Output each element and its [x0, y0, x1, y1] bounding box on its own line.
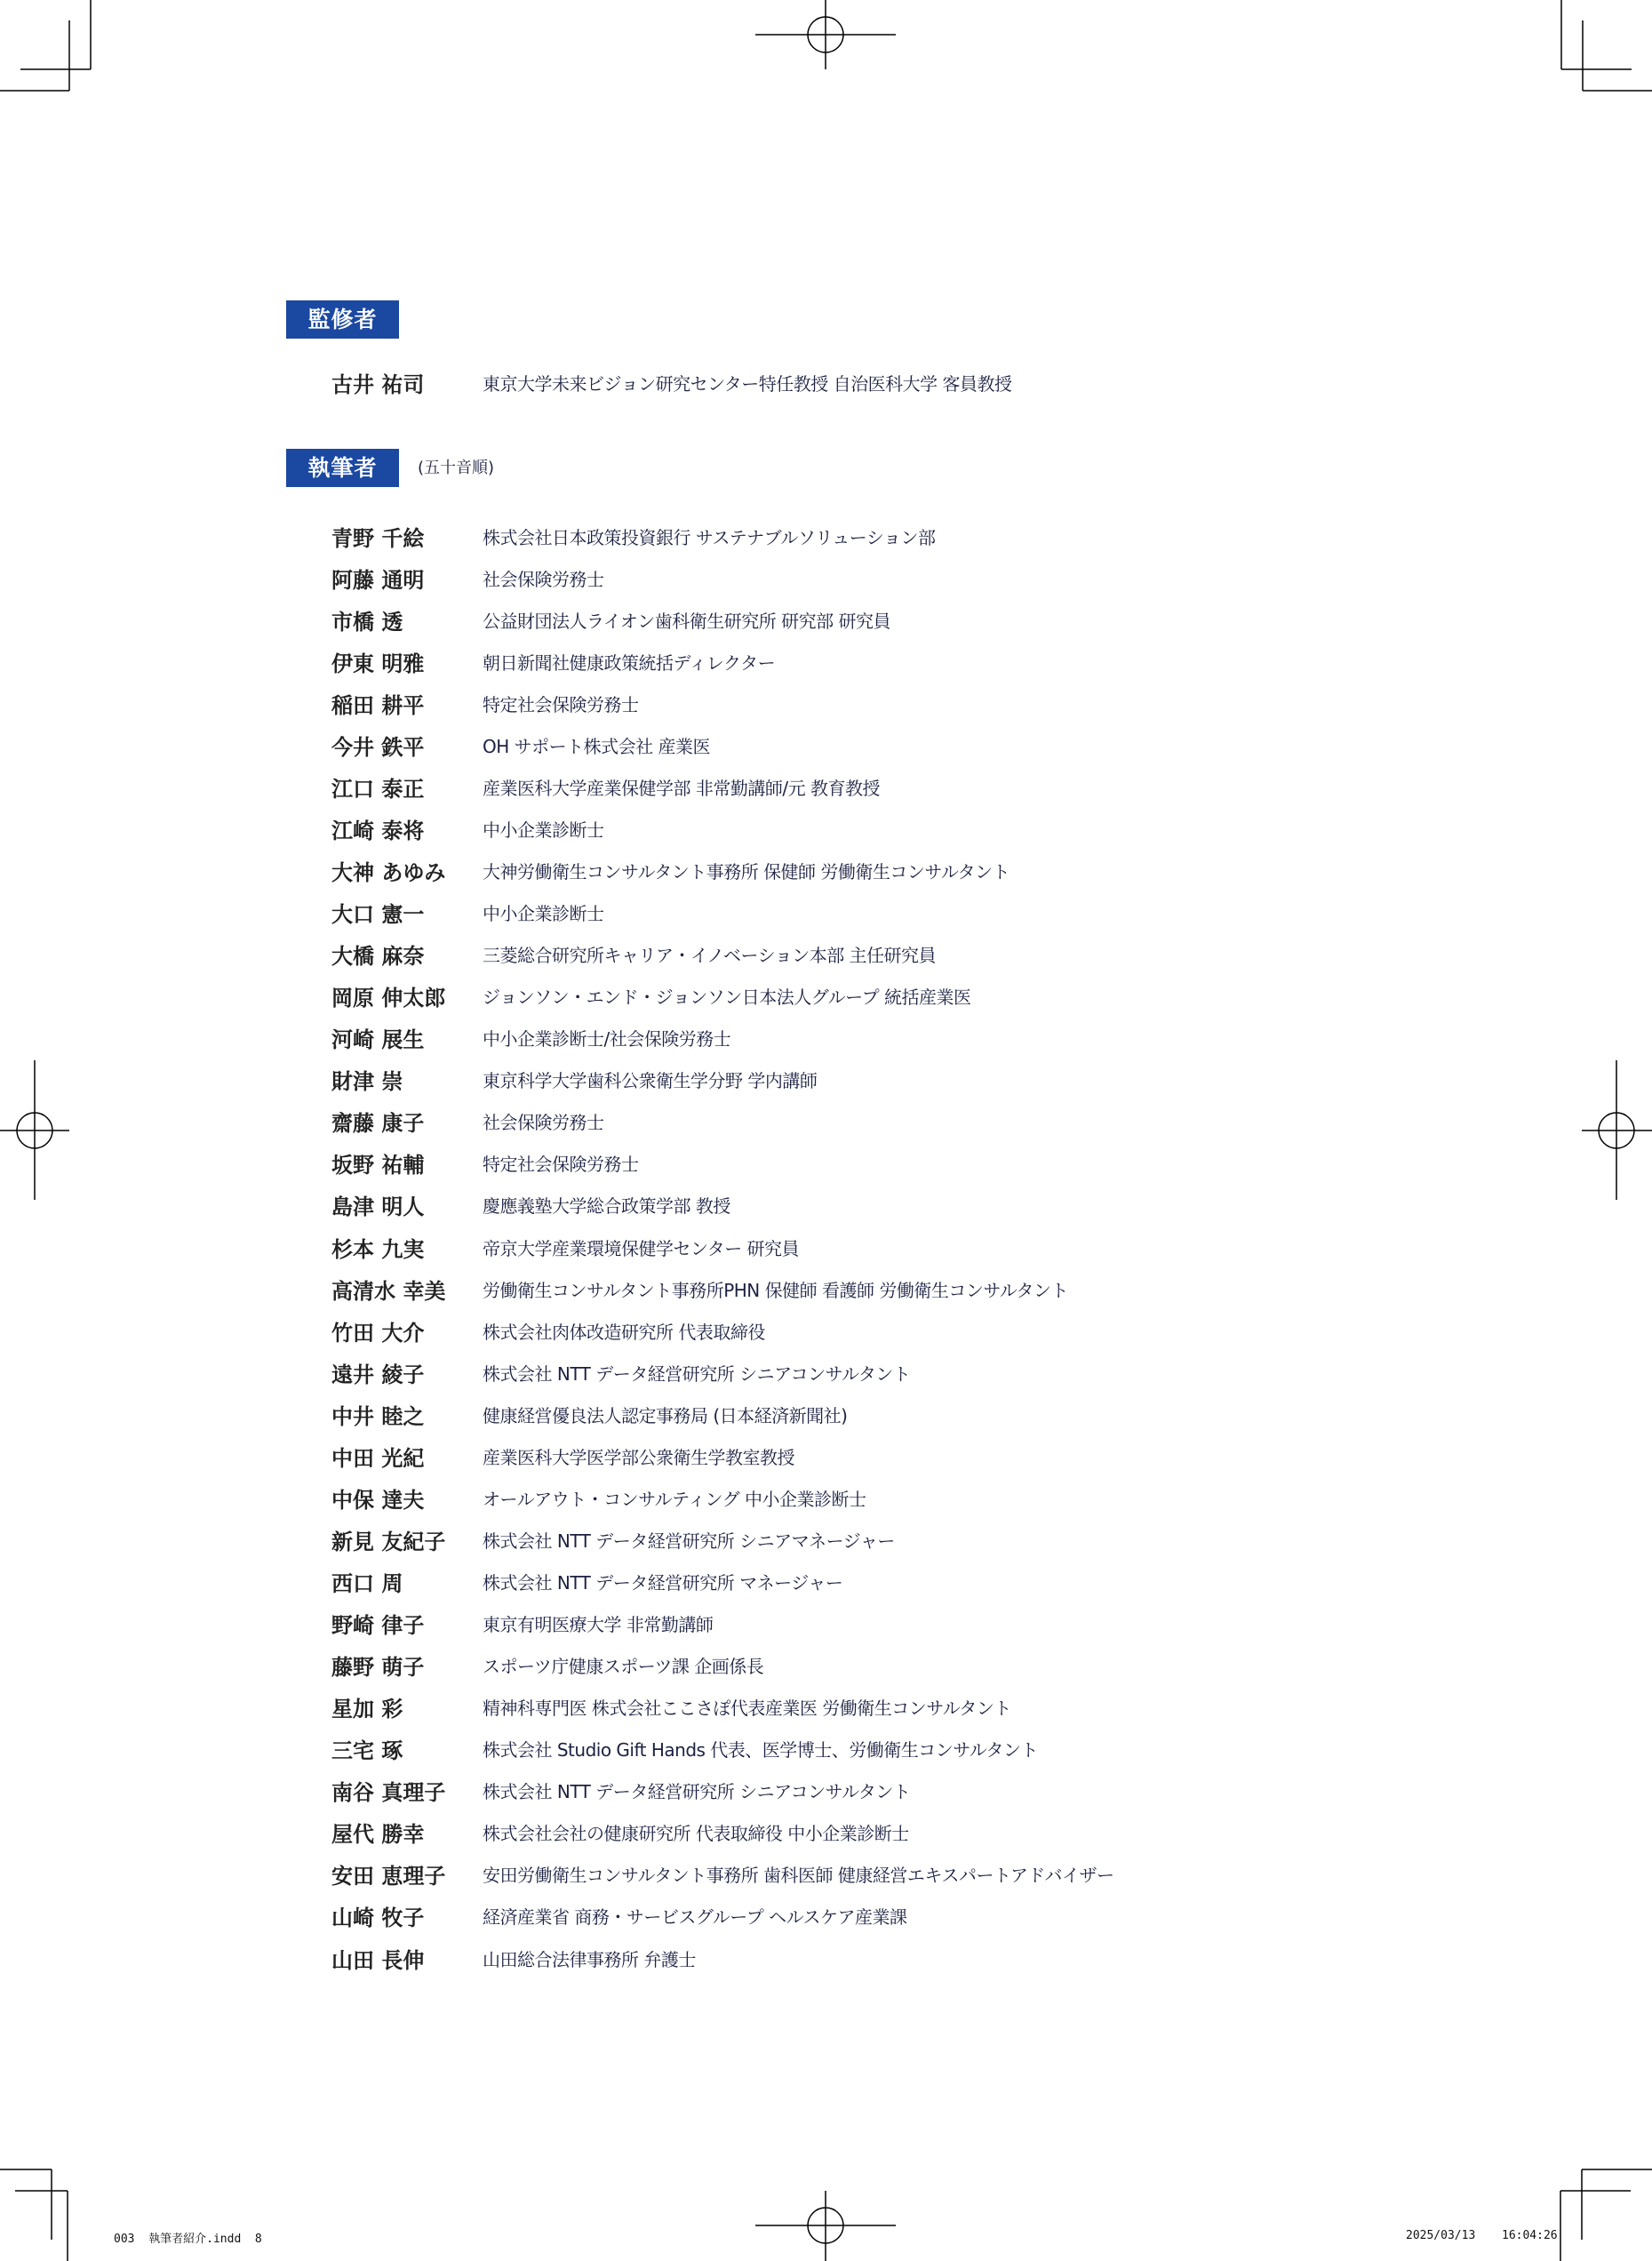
author-entry: 中井 睦之健康経営優良法人認定事務局 (日本経済新聞社) [331, 1396, 847, 1432]
author-name: 野崎 律子 [331, 1608, 483, 1639]
author-affiliation: 三菱総合研究所キャリア・イノベーション本部 主任研究員 [483, 941, 936, 967]
author-entry: 今井 鉄平OH サポート株式会社 産業医 [331, 727, 710, 763]
author-name: 高清水 幸美 [331, 1274, 483, 1305]
author-name: 安田 恵理子 [331, 1858, 483, 1889]
author-entry: 中保 達夫オールアウト・コンサルティング 中小企業診断士 [331, 1480, 866, 1515]
author-name: 阿藤 通明 [331, 563, 483, 594]
author-name: 市橋 透 [331, 604, 483, 635]
author-affiliation: 株式会社 Studio Gift Hands 代表、医学博士、労働衛生コンサルタ… [483, 1736, 1038, 1762]
author-entry: 財津 崇東京科学大学歯科公衆衛生学分野 学内講師 [331, 1062, 817, 1098]
author-name: 岡原 伸太郎 [331, 980, 483, 1011]
author-name: 藤野 萌子 [331, 1650, 483, 1681]
author-entry: 大橋 麻奈三菱総合研究所キャリア・イノベーション本部 主任研究員 [331, 937, 936, 972]
author-name: 江崎 泰将 [331, 813, 483, 844]
author-name: 西口 周 [331, 1566, 483, 1597]
author-entry: 安田 恵理子安田労働衛生コンサルタント事務所 歯科医師 健康経営エキスパートアド… [331, 1857, 1114, 1892]
author-name: 中田 光紀 [331, 1441, 483, 1472]
author-name: 大口 憲一 [331, 897, 483, 928]
supervisor-affiliation: 東京大学未来ビジョン研究センター特任教授 自治医科大学 客員教授 [483, 370, 1012, 395]
author-name: 坂野 祐輔 [331, 1147, 483, 1178]
author-entry: 大口 憲一中小企業診断士 [331, 895, 604, 931]
authors-heading-badge: 執筆者 [286, 449, 399, 487]
author-affiliation: 帝京大学産業環境保健学センター 研究員 [483, 1234, 799, 1260]
author-name: 大神 あゆみ [331, 855, 483, 886]
author-name: 山田 長伸 [331, 1943, 483, 1974]
author-entry: 遠井 綾子株式会社 NTT データ経営研究所 シニアコンサルタント [331, 1354, 910, 1390]
author-entry: 山田 長伸山田総合法律事務所 弁護士 [331, 1940, 696, 1976]
author-name: 遠井 綾子 [331, 1357, 483, 1388]
author-affiliation: 健康経営優良法人認定事務局 (日本経済新聞社) [483, 1402, 847, 1427]
author-name: 屋代 勝幸 [331, 1817, 483, 1848]
author-name: 稲田 耕平 [331, 688, 483, 719]
author-affiliation: 産業医科大学産業保健学部 非常勤講師/元 教育教授 [483, 774, 880, 800]
author-entry: 島津 明人慶應義塾大学総合政策学部 教授 [331, 1187, 730, 1223]
author-name: 三宅 琢 [331, 1733, 483, 1764]
author-entry: 青野 千絵株式会社日本政策投資銀行 サステナブルソリューション部 [331, 518, 935, 554]
author-name: 青野 千絵 [331, 521, 483, 552]
author-name: 大橋 麻奈 [331, 939, 483, 970]
author-name: 今井 鉄平 [331, 730, 483, 761]
author-entry: 新見 友紀子株式会社 NTT データ経営研究所 シニアマネージャー [331, 1522, 895, 1557]
author-entry: 河崎 展生中小企業診断士/社会保険労務士 [331, 1020, 730, 1056]
author-entry: 野崎 律子東京有明医療大学 非常勤講師 [331, 1606, 713, 1642]
author-name: 中保 達夫 [331, 1482, 483, 1514]
author-affiliation: 朝日新聞社健康政策統括ディレクター [483, 649, 775, 675]
author-affiliation: 株式会社日本政策投資銀行 サステナブルソリューション部 [483, 523, 935, 549]
author-name: 江口 泰正 [331, 771, 483, 803]
author-affiliation: OH サポート株式会社 産業医 [483, 732, 710, 758]
author-entry: 伊東 明雅朝日新聞社健康政策統括ディレクター [331, 643, 775, 679]
author-entry: 屋代 勝幸株式会社会社の健康研究所 代表取締役 中小企業診断士 [331, 1815, 909, 1850]
author-name: 杉本 九実 [331, 1232, 483, 1263]
author-entry: 星加 彩精神科専門医 株式会社ここさぽ代表産業医 労働衛生コンサルタント [331, 1690, 1011, 1725]
author-name: 南谷 真理子 [331, 1775, 483, 1806]
author-affiliation: スポーツ庁健康スポーツ課 企画係長 [483, 1652, 763, 1678]
author-entry: 坂野 祐輔特定社会保険労務士 [331, 1146, 639, 1181]
author-affiliation: 東京有明医療大学 非常勤講師 [483, 1610, 713, 1636]
author-name: 山崎 牧子 [331, 1900, 483, 1931]
author-affiliation: 特定社会保険労務士 [483, 1150, 639, 1176]
author-entry: 杉本 九実帝京大学産業環境保健学センター 研究員 [331, 1229, 799, 1265]
author-affiliation: ジョンソン・エンド・ジョンソン日本法人グループ 統括産業医 [483, 983, 970, 1009]
author-affiliation: 経済産業省 商務・サービスグループ ヘルスケア産業課 [483, 1903, 907, 1929]
print-slug-time: 16:04:26 [1502, 2229, 1558, 2242]
author-affiliation: 株式会社 NTT データ経営研究所 シニアマネージャー [483, 1527, 895, 1553]
author-affiliation: オールアウト・コンサルティング 中小企業診断士 [483, 1485, 866, 1511]
author-name: 中井 睦之 [331, 1399, 483, 1430]
author-name: 島津 明人 [331, 1189, 483, 1220]
supervisor-heading-badge: 監修者 [286, 300, 399, 339]
author-entry: 竹田 大介株式会社肉体改造研究所 代表取締役 [331, 1313, 765, 1348]
author-affiliation: 中小企業診断士 [483, 816, 604, 842]
author-affiliation: 精神科専門医 株式会社ここさぽ代表産業医 労働衛生コンサルタント [483, 1694, 1011, 1720]
author-entry: 阿藤 通明社会保険労務士 [331, 560, 604, 595]
author-affiliation: 公益財団法人ライオン歯科衛生研究所 研究部 研究員 [483, 607, 890, 633]
author-affiliation: 株式会社 NTT データ経営研究所 マネージャー [483, 1569, 842, 1594]
author-entry: 中田 光紀産業医科大学医学部公衆衛生学教室教授 [331, 1438, 794, 1474]
author-entry: 山崎 牧子経済産業省 商務・サービスグループ ヘルスケア産業課 [331, 1898, 907, 1934]
author-affiliation: 株式会社会社の健康研究所 代表取締役 中小企業診断士 [483, 1819, 909, 1845]
author-entry: 藤野 萌子スポーツ庁健康スポーツ課 企画係長 [331, 1648, 763, 1683]
print-slug-file: 003 執筆者紹介.indd 8 [114, 2229, 262, 2246]
author-affiliation: 労働衛生コンサルタント事務所PHN 保健師 看護師 労働衛生コンサルタント [483, 1276, 1068, 1302]
author-name: 竹田 大介 [331, 1315, 483, 1346]
author-entry: 齋藤 康子社会保険労務士 [331, 1104, 604, 1139]
author-affiliation: 特定社会保険労務士 [483, 691, 639, 716]
author-entry: 岡原 伸太郎ジョンソン・エンド・ジョンソン日本法人グループ 統括産業医 [331, 979, 970, 1014]
author-entry: 三宅 琢株式会社 Studio Gift Hands 代表、医学博士、労働衛生コ… [331, 1731, 1038, 1767]
author-affiliation: 社会保険労務士 [483, 1108, 604, 1134]
author-affiliation: 安田労働衛生コンサルタント事務所 歯科医師 健康経営エキスパートアドバイザー [483, 1861, 1114, 1887]
author-entry: 市橋 透公益財団法人ライオン歯科衛生研究所 研究部 研究員 [331, 602, 890, 637]
author-affiliation: 中小企業診断士/社会保険労務士 [483, 1025, 730, 1051]
author-entry: 高清水 幸美労働衛生コンサルタント事務所PHN 保健師 看護師 労働衛生コンサル… [331, 1271, 1068, 1306]
author-affiliation: 株式会社 NTT データ経営研究所 シニアコンサルタント [483, 1360, 910, 1386]
author-name: 伊東 明雅 [331, 646, 483, 677]
author-entry: 稲田 耕平特定社会保険労務士 [331, 685, 639, 721]
author-affiliation: 社会保険労務士 [483, 565, 604, 591]
author-affiliation: 株式会社 NTT データ経営研究所 シニアコンサルタント [483, 1778, 910, 1803]
author-entry: 江崎 泰将中小企業診断士 [331, 811, 604, 846]
author-name: 星加 彩 [331, 1691, 483, 1722]
author-entry: 西口 周株式会社 NTT データ経営研究所 マネージャー [331, 1564, 842, 1600]
author-entry: 大神 あゆみ大神労働衛生コンサルタント事務所 保健師 労働衛生コンサルタント [331, 852, 1010, 888]
author-name: 河崎 展生 [331, 1022, 483, 1053]
authors-order-note: (五十音順) [418, 449, 494, 487]
author-name: 齋藤 康子 [331, 1106, 483, 1137]
supervisor-name: 古井 祐司 [331, 367, 483, 398]
author-affiliation: 株式会社肉体改造研究所 代表取締役 [483, 1318, 765, 1344]
author-entry: 江口 泰正産業医科大学産業保健学部 非常勤講師/元 教育教授 [331, 769, 880, 804]
author-affiliation: 東京科学大学歯科公衆衛生学分野 学内講師 [483, 1067, 817, 1092]
author-name: 新見 友紀子 [331, 1524, 483, 1555]
author-affiliation: 中小企業診断士 [483, 899, 604, 925]
author-affiliation: 産業医科大学医学部公衆衛生学教室教授 [483, 1443, 794, 1469]
author-affiliation: 山田総合法律事務所 弁護士 [483, 1945, 696, 1971]
author-name: 財津 崇 [331, 1064, 483, 1095]
author-affiliation: 慶應義塾大学総合政策学部 教授 [483, 1192, 730, 1218]
author-affiliation: 大神労働衛生コンサルタント事務所 保健師 労働衛生コンサルタント [483, 858, 1010, 883]
author-entry: 南谷 真理子株式会社 NTT データ経営研究所 シニアコンサルタント [331, 1773, 910, 1809]
print-slug-date: 2025/03/13 [1406, 2229, 1475, 2242]
supervisor-entry: 古井 祐司 東京大学未来ビジョン研究センター特任教授 自治医科大学 客員教授 [331, 364, 1012, 400]
